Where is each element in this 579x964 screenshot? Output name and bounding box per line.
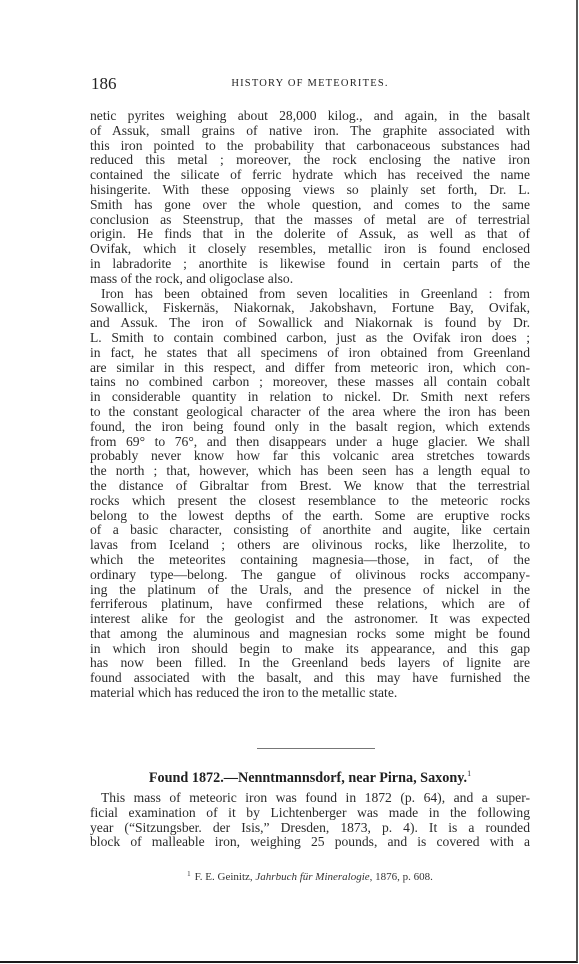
text-line: conclusion as Steenstrup, that the masse… (90, 213, 530, 228)
footnote-title: Jahrbuch für Mineralogie (255, 871, 369, 883)
text-line: block of malleable iron, weighing 25 pou… (90, 835, 530, 850)
text-line: Ovifak, which it closely resembles, meta… (90, 242, 530, 257)
text-line: found, the iron being found only in the … (90, 420, 530, 435)
paragraph-1: netic pyrites weighing about 28,000 kilo… (90, 109, 530, 287)
text-line: found associated with the basalt, and th… (90, 671, 530, 686)
text-line: ferriferous platinum, have confirmed the… (90, 597, 530, 612)
text-line: in labradorite ; anorthite is likewise f… (90, 257, 530, 272)
text-line: that among the aluminous and magnesian r… (90, 627, 530, 642)
text-line: from 69° to 76°, and then disappears und… (90, 435, 530, 450)
text-line: lavas from Iceland ; others are olivinou… (90, 538, 530, 553)
text-line: to the constant geological character of … (90, 405, 530, 420)
text-line: material which has reduced the iron to t… (90, 686, 530, 701)
text-line: Smith has gone over the whole question, … (90, 198, 530, 213)
body-paragraphs: netic pyrites weighing about 28,000 kilo… (90, 109, 530, 701)
text-line: netic pyrites weighing about 28,000 kilo… (90, 109, 530, 124)
text-line: origin. He finds that in the dolerite of… (90, 227, 530, 242)
text-line: probably never know how far this volcani… (90, 449, 530, 464)
text-line: hisingerite. With these opposing views s… (90, 183, 530, 198)
text-line: mass of the rock, and oligoclase also. (90, 272, 530, 287)
text-line: ing the platinum of the Urals, and the p… (90, 583, 530, 598)
footnote-author: F. E. Geinitz, (195, 871, 256, 883)
text-line: the north ; that, however, which has bee… (90, 464, 530, 479)
running-title: HISTORY OF METEORITES. (90, 78, 530, 89)
text-line: tains no combined carbon ; moreover, the… (90, 375, 530, 390)
running-head: 186 HISTORY OF METEORITES. (90, 74, 530, 94)
text-line: Sowallick, Fiskernäs, Niakornak, Jakobsh… (90, 301, 530, 316)
text-line: the distance of Gibraltar from Brest. We… (90, 479, 530, 494)
text-line: which the meteorites containing magnesia… (90, 553, 530, 568)
text-line: rocks which present the closest resembla… (90, 494, 530, 509)
text-line: L. Smith to contain combined carbon, jus… (90, 331, 530, 346)
text-line: belong to the lowest depths of the earth… (90, 509, 530, 524)
paragraph-2: Iron has been obtained from seven locali… (90, 287, 530, 701)
book-page: 186 HISTORY OF METEORITES. netic pyrites… (0, 0, 578, 963)
text-line: has now been filled. In the Greenland be… (90, 656, 530, 671)
section-heading-text: Found 1872.—Nenntmannsdorf, near Pirna, … (149, 770, 467, 786)
text-line: interest alike for the geologist and the… (90, 612, 530, 627)
text-line: are similar in this respect, and differ … (90, 361, 530, 376)
section-paragraph: This mass of meteoric iron was found in … (90, 791, 530, 850)
text-line: Iron has been obtained from seven locali… (90, 287, 530, 302)
text-line: contained the silicate of ferric hydrate… (90, 168, 530, 183)
text-line: of a basic character, consisting of anor… (90, 523, 530, 538)
footnote-marker: 1 (187, 870, 191, 878)
text-line: in fact, he states that all specimens of… (90, 346, 530, 361)
text-line: reduced this metal ; moreover, the rock … (90, 153, 530, 168)
text-line: and Assuk. The iron of Sowallick and Nia… (90, 316, 530, 331)
section-heading: Found 1872.—Nenntmannsdorf, near Pirna, … (90, 769, 530, 787)
footnote: 1F. E. Geinitz, Jahrbuch für Mineralogie… (90, 870, 530, 883)
text-line: ficial examination of it by Lichtenberge… (90, 806, 530, 821)
section-divider (257, 748, 375, 749)
footnote-reference: 1 (467, 769, 471, 778)
text-line: in which iron should begin to make its a… (90, 642, 530, 657)
text-line: year (“Sitzungsber. der Isis,” Dresden, … (90, 821, 530, 836)
text-line: This mass of meteoric iron was found in … (90, 791, 530, 806)
footnote-rest: , 1876, p. 608. (370, 871, 433, 883)
text-line: of Assuk, small grains of native iron. T… (90, 124, 530, 139)
text-line: in considerable quantity in relation to … (90, 390, 530, 405)
text-line: this iron pointed to the probability tha… (90, 139, 530, 154)
text-line: ordinary type—belong. The gangue of oliv… (90, 568, 530, 583)
